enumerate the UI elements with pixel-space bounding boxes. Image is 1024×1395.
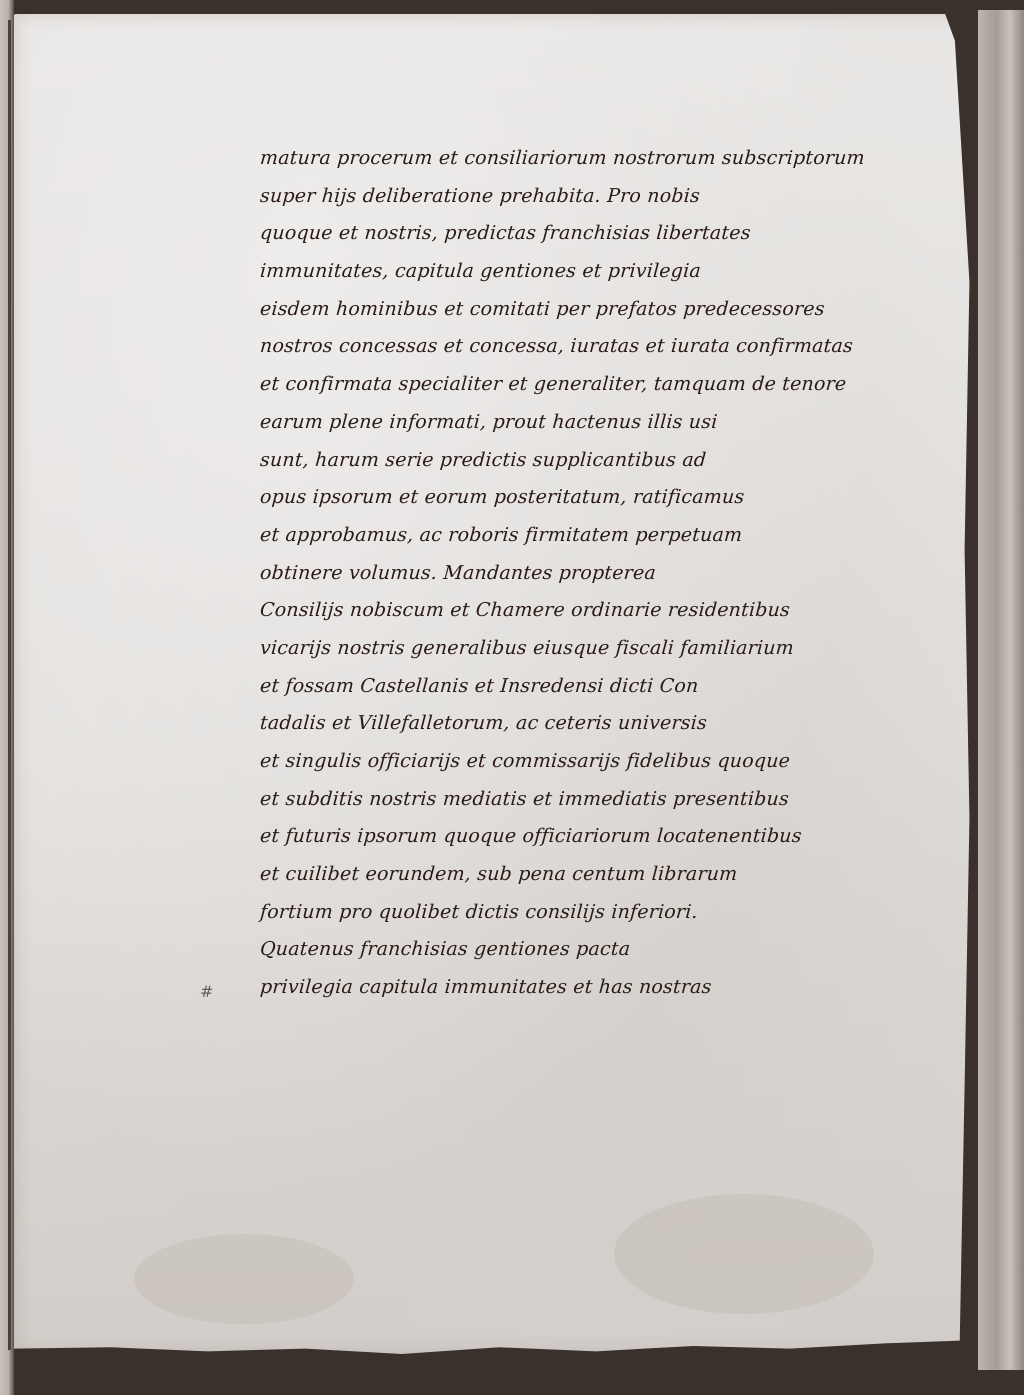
text-line: Consilijs nobiscum et Chamere ordinarie …	[259, 592, 852, 630]
manuscript-text-block: matura procerum et consiliariorum nostro…	[260, 140, 850, 1007]
text-line: super hijs deliberatione prehabita. Pro …	[259, 178, 852, 216]
text-line: matura procerum et consiliariorum nostro…	[259, 140, 852, 178]
text-line: sunt, harum serie predictis supplicantib…	[259, 442, 852, 480]
left-page-edge	[0, 0, 14, 1395]
text-line: earum plene informati, prout hactenus il…	[259, 404, 852, 442]
text-line: et singulis officiarijs et commissarijs …	[259, 743, 852, 781]
text-line: privilegia capitula immunitates et has n…	[259, 969, 852, 1007]
paper-stain	[134, 1234, 354, 1324]
text-line: Quatenus franchisias gentiones pacta	[259, 931, 852, 969]
text-line: fortium pro quolibet dictis consilijs in…	[259, 894, 852, 932]
paper-stain	[614, 1194, 874, 1314]
text-line: eisdem hominibus et comitati per prefato…	[259, 291, 852, 329]
binding-spine	[8, 20, 11, 1350]
text-line: immunitates, capitula gentiones et privi…	[259, 253, 852, 291]
margin-hash-mark: #	[200, 982, 213, 1001]
text-line: et fossam Castellanis et Insredensi dict…	[259, 668, 852, 706]
text-line: et cuilibet eorundem, sub pena centum li…	[259, 856, 852, 894]
text-line: opus ipsorum et eorum posteritatum, rati…	[259, 479, 852, 517]
text-line: et subditis nostris mediatis et immediat…	[259, 781, 852, 819]
text-line: obtinere volumus. Mandantes propterea	[259, 555, 852, 593]
right-page-stack-edges	[978, 10, 1024, 1370]
text-line: et approbamus, ac roboris firmitatem per…	[259, 517, 852, 555]
text-line: et futuris ipsorum quoque officiariorum …	[259, 818, 852, 856]
text-line: quoque et nostris, predictas franchisias…	[259, 215, 852, 253]
text-line: et confirmata specialiter et generaliter…	[259, 366, 852, 404]
text-line: vicarijs nostris generalibus eiusque fis…	[259, 630, 852, 668]
text-line: tadalis et Villefalletorum, ac ceteris u…	[259, 705, 852, 743]
text-line: nostros concessas et concessa, iuratas e…	[259, 328, 852, 366]
